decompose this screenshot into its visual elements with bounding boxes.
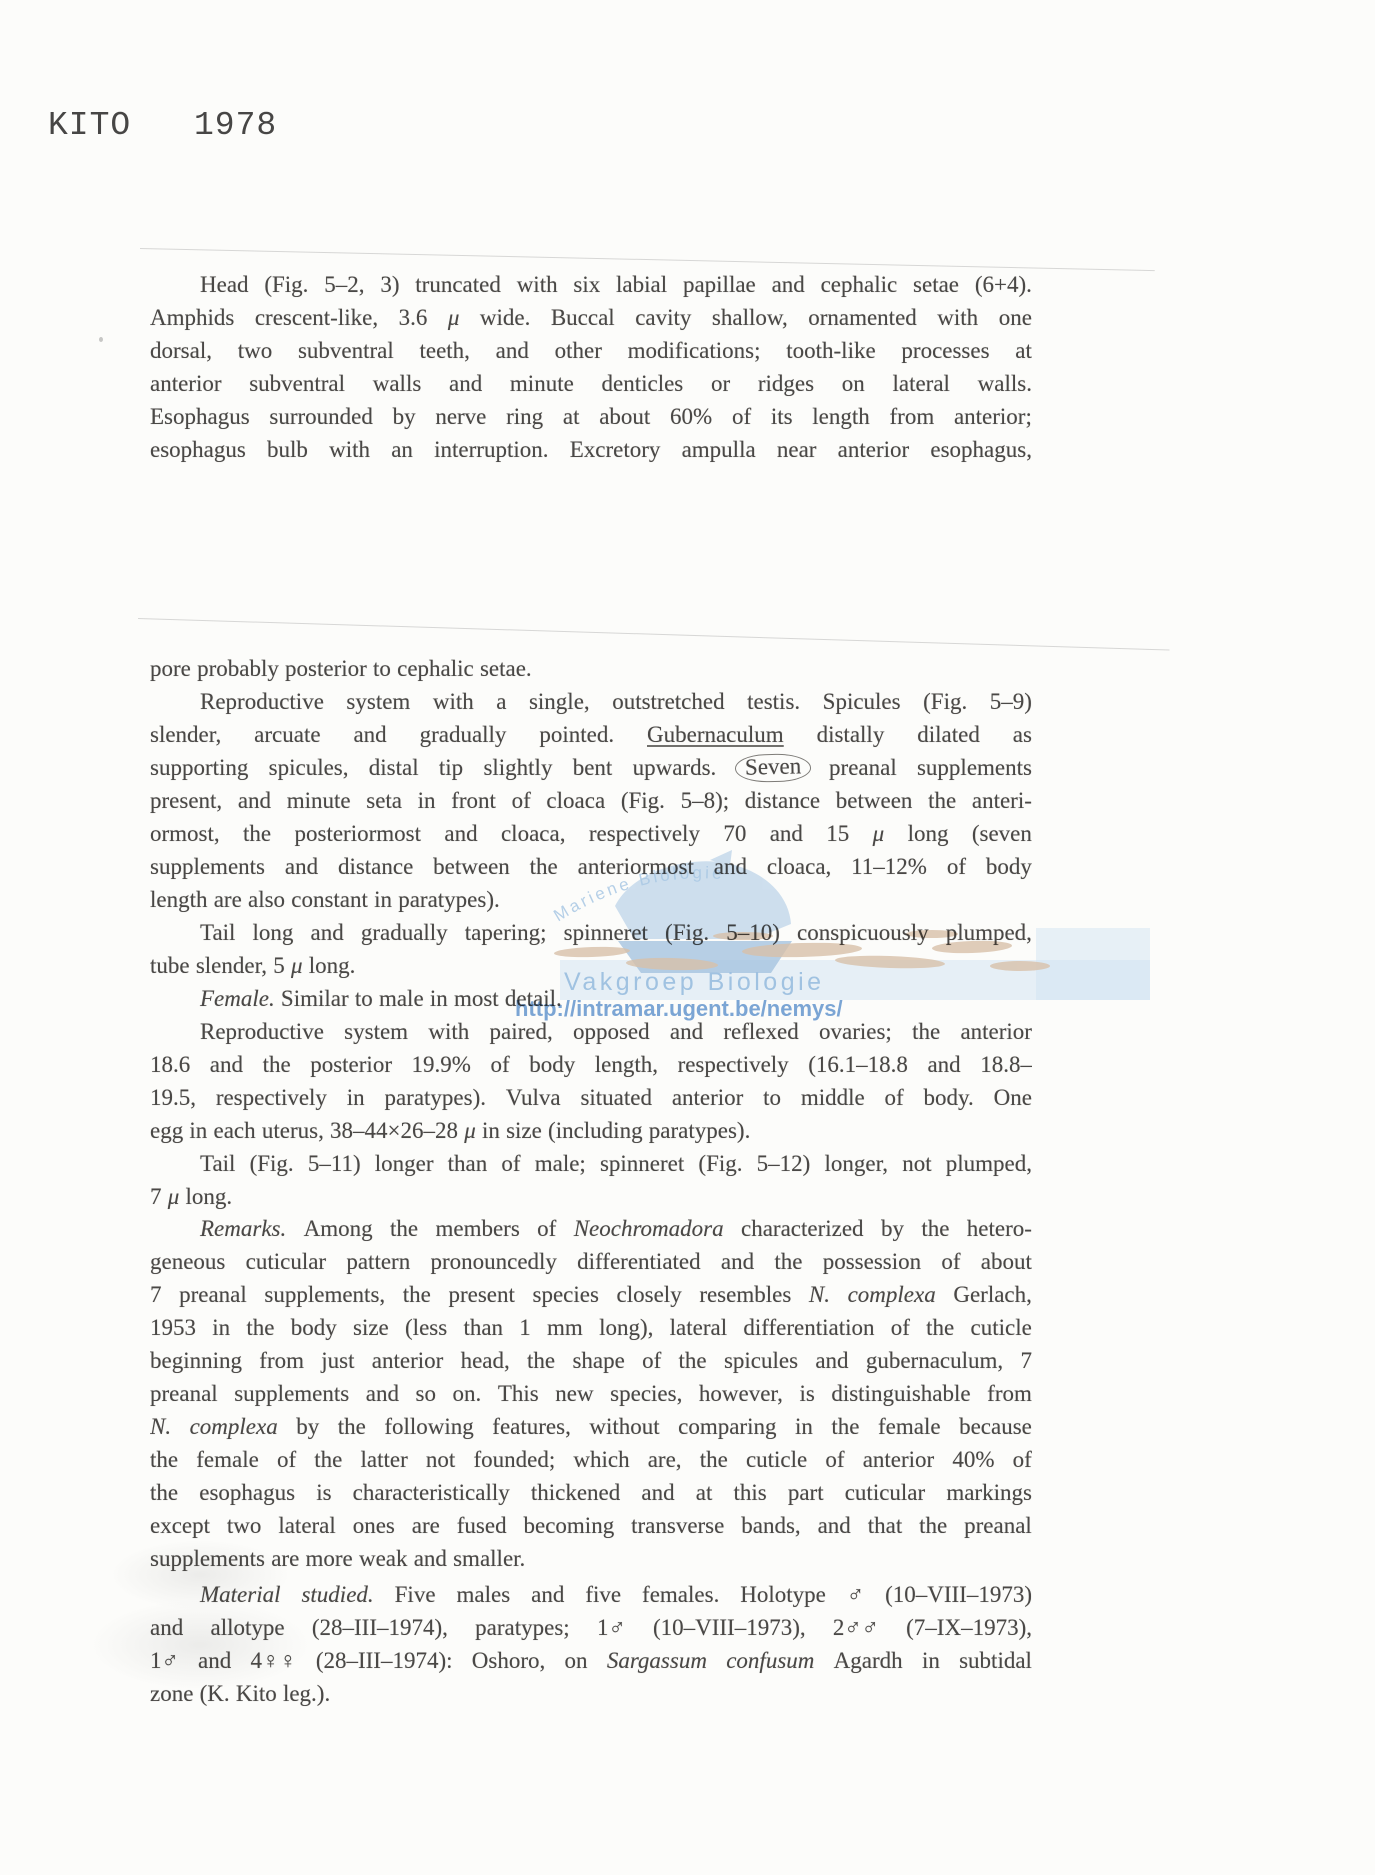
word: the (338, 1410, 366, 1443)
word: 5–12) (757, 1147, 811, 1180)
word: 5–2, (324, 268, 364, 301)
word: Similar (281, 982, 349, 1015)
word: and (311, 916, 344, 949)
word: other (555, 334, 602, 367)
text-line: supplementsaremoreweakandsmaller. (150, 1542, 1032, 1575)
word: anteriormost (578, 850, 694, 883)
word: of (491, 1048, 510, 1081)
word: and (285, 850, 318, 883)
word: paratypes). (649, 1114, 751, 1147)
word: Gubernaculum (647, 718, 784, 751)
word: uterus, (262, 1114, 324, 1147)
word: ring (506, 400, 543, 433)
word: supplements (150, 850, 265, 883)
word: supporting (150, 751, 248, 784)
word: supplements, (264, 1278, 385, 1311)
word: 19.9% (412, 1048, 471, 1081)
word: (including (548, 1114, 643, 1147)
word: gradually (361, 916, 448, 949)
word: that (868, 1509, 903, 1542)
word: Agardh (834, 1644, 903, 1677)
text-line: Reproductivesystemwithpaired,opposedandr… (150, 1015, 1032, 1048)
word: of (732, 400, 751, 433)
word: features, (492, 1410, 571, 1443)
word: supplements (917, 751, 1032, 784)
word: part (788, 1476, 824, 1509)
word: 1953 (150, 1311, 196, 1344)
word: Spicules (823, 685, 901, 718)
word: preanal (179, 1278, 247, 1311)
word: middle (801, 1081, 865, 1114)
word: bulb (267, 433, 308, 466)
word: 1♂ (150, 1644, 179, 1677)
word: gubernaculum, (866, 1344, 1003, 1377)
word: leg.). (283, 1677, 330, 1710)
word: and (238, 784, 271, 817)
word: (seven (972, 817, 1032, 850)
text-line: 19.5,respectivelyinparatypes).Vulvasitua… (150, 1081, 1032, 1114)
word: present, (150, 784, 222, 817)
word: are (214, 883, 242, 916)
word: present (448, 1278, 514, 1311)
word: spinneret (600, 1147, 684, 1180)
word: (Fig. (621, 784, 665, 817)
word: and (818, 1509, 851, 1542)
word: the (390, 1212, 418, 1245)
word: setae (913, 268, 959, 301)
word: also (248, 883, 285, 916)
word: 70 (723, 817, 746, 850)
word: and (150, 1611, 183, 1644)
word: with (433, 685, 474, 718)
word: (K. (200, 1677, 230, 1710)
word: with (428, 1015, 469, 1048)
word: body (291, 1311, 337, 1344)
word: respectively (678, 1048, 789, 1081)
word: body (986, 850, 1032, 883)
word: plumped, (946, 1147, 1032, 1180)
text-line: thefemaleofthelatternotfounded;whichare,… (150, 1443, 1032, 1476)
word: lateral (892, 367, 949, 400)
word: six (573, 268, 600, 301)
word: following (384, 1410, 473, 1443)
word: surrounded (269, 400, 372, 433)
word: of (277, 1443, 296, 1476)
word: arcuate (254, 718, 320, 751)
word: allotype (210, 1611, 284, 1644)
word: outstretched (612, 685, 724, 718)
word: truncated (415, 268, 501, 301)
word: to (373, 652, 391, 685)
word: however, (699, 1377, 783, 1410)
word: from (259, 1344, 304, 1377)
text-line: preanalsupplementsandsoon.Thisnewspecies… (150, 1377, 1032, 1410)
word: paratypes; (475, 1611, 570, 1644)
word: body (529, 1048, 575, 1081)
word: the (243, 817, 271, 850)
word: in (374, 883, 392, 916)
text-line: eggineachuterus,38–44×26–28μinsize(inclu… (150, 1114, 1032, 1147)
word: 7 (150, 1278, 162, 1311)
word: complexa (848, 1278, 936, 1311)
word: this (733, 1476, 766, 1509)
word: comparing (678, 1410, 776, 1443)
word: anterior (372, 1344, 444, 1377)
word: processes (901, 334, 989, 367)
word: size (506, 1114, 542, 1147)
word: crescent-like, (255, 301, 378, 334)
word: more (305, 1542, 352, 1575)
word: μ (291, 949, 303, 982)
word: supplements (234, 1377, 349, 1410)
header-year: 1978 (194, 107, 277, 144)
word: posterior (310, 1048, 392, 1081)
word: μ (464, 1114, 476, 1147)
text-line: geneouscuticularpatternpronouncedlydiffe… (150, 1245, 1032, 1278)
word: and (721, 1245, 754, 1278)
word: and (414, 1542, 447, 1575)
text-line: present,andminutesetainfrontofcloaca(Fig… (150, 784, 1032, 817)
word: seta (366, 784, 402, 817)
word: μ (873, 817, 885, 850)
word: papillae (683, 268, 756, 301)
word: wide. (480, 301, 530, 334)
word: supplements (150, 1542, 265, 1575)
header-author: KITO (48, 107, 131, 144)
word: Reproductive (200, 685, 324, 718)
word: Seven (734, 753, 811, 783)
word: (10–VIII–1973), (653, 1611, 806, 1644)
word: (Fig. (264, 268, 308, 301)
word: detail. (505, 982, 562, 1015)
word: dilated (917, 718, 980, 751)
word: the (679, 1344, 707, 1377)
word: cavity (635, 301, 691, 334)
text-line: slender,arcuateandgraduallypointed.Guber… (150, 718, 1032, 751)
word: of (941, 1245, 960, 1278)
word: not (902, 1147, 931, 1180)
word: 5 (273, 949, 285, 982)
word: anterior; (954, 400, 1032, 433)
word: in (212, 1311, 230, 1344)
word: Amphids (150, 301, 234, 334)
word: except (150, 1509, 210, 1542)
word: the (928, 784, 956, 817)
word: tip (439, 751, 463, 784)
word: (Fig. (665, 916, 709, 949)
word: distinguishable (831, 1377, 970, 1410)
word: with (517, 268, 558, 301)
word: the (774, 1245, 802, 1278)
word: smaller. (453, 1542, 525, 1575)
text-line: Materialstudied.Fivemalesandfivefemales.… (150, 1578, 1032, 1611)
word: the (700, 1443, 728, 1476)
word: distal (369, 751, 419, 784)
word: with (329, 433, 370, 466)
word: an (391, 433, 413, 466)
paragraph-head-description: Head(Fig.5–2,3)truncatedwithsixlabialpap… (150, 268, 1032, 466)
word: tube (150, 949, 190, 982)
word: 5–11) (308, 1147, 361, 1180)
word: posterior (285, 652, 367, 685)
word: complexa (190, 1410, 278, 1443)
word: becoming (524, 1509, 615, 1542)
word: paired, (489, 1015, 552, 1048)
word: anteri- (972, 784, 1032, 817)
word: (Fig. (698, 1147, 742, 1180)
word: resembles (699, 1278, 791, 1311)
word: pore (150, 652, 191, 685)
word: ovaries; (819, 1015, 892, 1048)
word: the (831, 1410, 859, 1443)
word: female (878, 1410, 941, 1443)
word: ones (353, 1509, 395, 1542)
word: Material (200, 1578, 281, 1611)
paragraph-remarks: Remarks.AmongthemembersofNeochromadorach… (150, 1212, 1032, 1575)
text-line: ormost,theposteriormostandcloaca,respect… (150, 817, 1032, 850)
word: thickened (531, 1476, 620, 1509)
word: of (947, 850, 966, 883)
word: from (987, 1377, 1032, 1410)
word: distance (745, 784, 820, 817)
word: the (314, 1443, 342, 1476)
word: walls. (978, 367, 1032, 400)
word: (7–IX–1973), (906, 1611, 1032, 1644)
word: 2♂♂ (833, 1611, 879, 1644)
word: Gerlach, (953, 1278, 1032, 1311)
word: 5–9) (990, 685, 1032, 718)
word: and (444, 817, 477, 850)
word: differentiation (743, 1311, 874, 1344)
word: μ (448, 301, 460, 334)
word: to (355, 982, 373, 1015)
word: 60% (670, 400, 712, 433)
word: and (670, 1015, 703, 1048)
word: (10–VIII–1973) (885, 1578, 1032, 1611)
scan-artifact-line-middle (138, 618, 1170, 651)
word: head, (461, 1344, 510, 1377)
word: walls (373, 367, 422, 400)
word: on (842, 367, 865, 400)
word: or (711, 367, 730, 400)
word: geneous (150, 1245, 225, 1278)
word: are, (648, 1443, 682, 1476)
word: one (999, 301, 1032, 334)
word: are (412, 1509, 440, 1542)
text-line: tubeslender,5μlong. (150, 949, 1032, 982)
word: from (890, 400, 935, 433)
word: ormost, (150, 817, 220, 850)
word: 4♀♀ (251, 1644, 297, 1677)
word: at (1015, 334, 1032, 367)
word: and (815, 1344, 848, 1377)
word: 40% (952, 1443, 994, 1476)
word: ampulla (682, 433, 756, 466)
word: subventral (298, 334, 394, 367)
word: shape (572, 1344, 624, 1377)
word: constant (291, 883, 368, 916)
word: by (881, 1212, 904, 1245)
word: between (433, 850, 510, 883)
word: anterior (672, 1081, 744, 1114)
word: than (448, 1147, 488, 1180)
word: in (922, 1644, 940, 1677)
word: length (150, 883, 208, 916)
word: in (347, 1081, 365, 1114)
word: in (189, 1114, 207, 1147)
watermark-band-block (1036, 928, 1150, 1000)
word: respectively (216, 1081, 327, 1114)
word: the (246, 1311, 274, 1344)
word: and (641, 1476, 674, 1509)
word: just (321, 1344, 354, 1377)
word: of (642, 1344, 661, 1377)
word: two (227, 1509, 262, 1542)
word: long), (599, 1311, 653, 1344)
word: members (435, 1212, 519, 1245)
word: distally (817, 718, 885, 751)
word: 5–8); (681, 784, 730, 817)
text-line: lengtharealsoconstantinparatypes). (150, 883, 1032, 916)
word: tapering; (465, 916, 547, 949)
word: cephalic (397, 652, 474, 685)
word: dorsal, (150, 334, 212, 367)
word: most (454, 982, 499, 1015)
text-line: Female.Similartomaleinmostdetail. (150, 982, 1032, 1015)
word: anterior (838, 433, 910, 466)
word: males (457, 1578, 511, 1611)
word: females. (642, 1578, 719, 1611)
word: the (403, 1278, 431, 1311)
word: N. (150, 1410, 171, 1443)
word: ♂ (847, 1578, 864, 1611)
word: (less (405, 1311, 447, 1344)
word: the (926, 1311, 954, 1344)
word: conspicuously (797, 916, 929, 949)
word: and (496, 334, 529, 367)
word: latter (361, 1443, 408, 1476)
word: five (585, 1578, 621, 1611)
word: confusum (726, 1644, 814, 1677)
word: in (430, 982, 448, 1015)
word: anterior (150, 367, 222, 400)
word: This (498, 1377, 539, 1410)
word: Female. (200, 982, 275, 1015)
word: two (238, 334, 273, 367)
text-line: 1♂and4♀♀(28–III–1974):Oshoro,onSargassum… (150, 1644, 1032, 1677)
text-line: dorsal,twosubventralteeth,andothermodifi… (150, 334, 1032, 367)
word: cloaca, (767, 850, 831, 883)
word: the (921, 1212, 949, 1245)
word: probably (197, 652, 279, 685)
word: nerve (435, 400, 486, 433)
word: slender, (196, 949, 267, 982)
word: differentiated (577, 1245, 700, 1278)
word: gradually (420, 718, 507, 751)
word: denticles (602, 367, 684, 400)
word: body. (924, 1081, 974, 1114)
word: Oshoro, (472, 1644, 545, 1677)
word: and (927, 1048, 960, 1081)
word: pointed. (539, 718, 614, 751)
word: than (463, 1311, 503, 1344)
word: pattern (346, 1245, 410, 1278)
word: which (573, 1443, 629, 1476)
word: paratypes). (398, 883, 500, 916)
word: beginning (150, 1344, 242, 1377)
word: of (885, 1081, 904, 1114)
text-line: Esophagussurroundedbynerveringatabout60%… (150, 400, 1032, 433)
word: studied. (301, 1578, 373, 1611)
word: founded; (473, 1443, 555, 1476)
word: in (482, 1114, 500, 1147)
word: and (531, 1578, 564, 1611)
word: is (316, 1476, 331, 1509)
word: by (296, 1410, 319, 1443)
word: about (981, 1245, 1032, 1278)
word: with (937, 301, 978, 334)
word: situated (580, 1081, 652, 1114)
word: 1 (519, 1311, 531, 1344)
word: anterior (863, 1443, 935, 1476)
word: 38–44×26–28 (330, 1114, 458, 1147)
word: 15 (826, 817, 849, 850)
text-line: anteriorsubventralwallsandminutedenticle… (150, 367, 1032, 400)
word: front (451, 784, 496, 817)
word: esophagus, (930, 433, 1032, 466)
word: bands, (741, 1509, 800, 1542)
word: posteriormost (295, 817, 422, 850)
word: reflexed (723, 1015, 798, 1048)
text-line: excepttwolateralonesarefusedbecomingtran… (150, 1509, 1032, 1542)
word: of (512, 784, 531, 817)
text-line: zone(K.Kitoleg.). (150, 1677, 1032, 1710)
word: anterior (960, 1015, 1032, 1048)
word: at (563, 400, 580, 433)
word: labial (616, 268, 667, 301)
word: is (799, 1377, 814, 1410)
word: length (812, 400, 870, 433)
word: Neochromadora (574, 1212, 724, 1245)
text-line: Taillongandgraduallytapering;spinneret(F… (150, 916, 1032, 949)
word: cuticle (746, 1443, 807, 1476)
word: 1♂ (597, 1611, 626, 1644)
text-line: 1953inthebodysize(lessthan1mmlong),later… (150, 1311, 1032, 1344)
word: ornamented (808, 301, 917, 334)
word: 5–10) (726, 916, 780, 949)
word: opposed (573, 1015, 650, 1048)
word: esophagus (150, 433, 246, 466)
word: (16.1–18.8 (808, 1048, 908, 1081)
word: long. (309, 949, 356, 982)
word: about (599, 400, 650, 433)
word: cuticular (845, 1476, 925, 1509)
word: not (426, 1443, 455, 1476)
text-line: Reproductivesystemwithasingle,outstretch… (150, 685, 1032, 718)
word: (28–III–1974), (312, 1611, 448, 1644)
word: of (825, 1443, 844, 1476)
word: of (891, 1311, 910, 1344)
word: possession (823, 1245, 921, 1278)
word: egg (150, 1114, 183, 1147)
word: the (150, 1443, 178, 1476)
word: mm (547, 1311, 583, 1344)
text-line: Tail(Fig.5–11)longerthanofmale;spinneret… (150, 1147, 1032, 1180)
word: distance (338, 850, 413, 883)
word: setae. (480, 652, 532, 685)
word: upwards. (633, 751, 717, 784)
word: 18.6 (150, 1048, 190, 1081)
